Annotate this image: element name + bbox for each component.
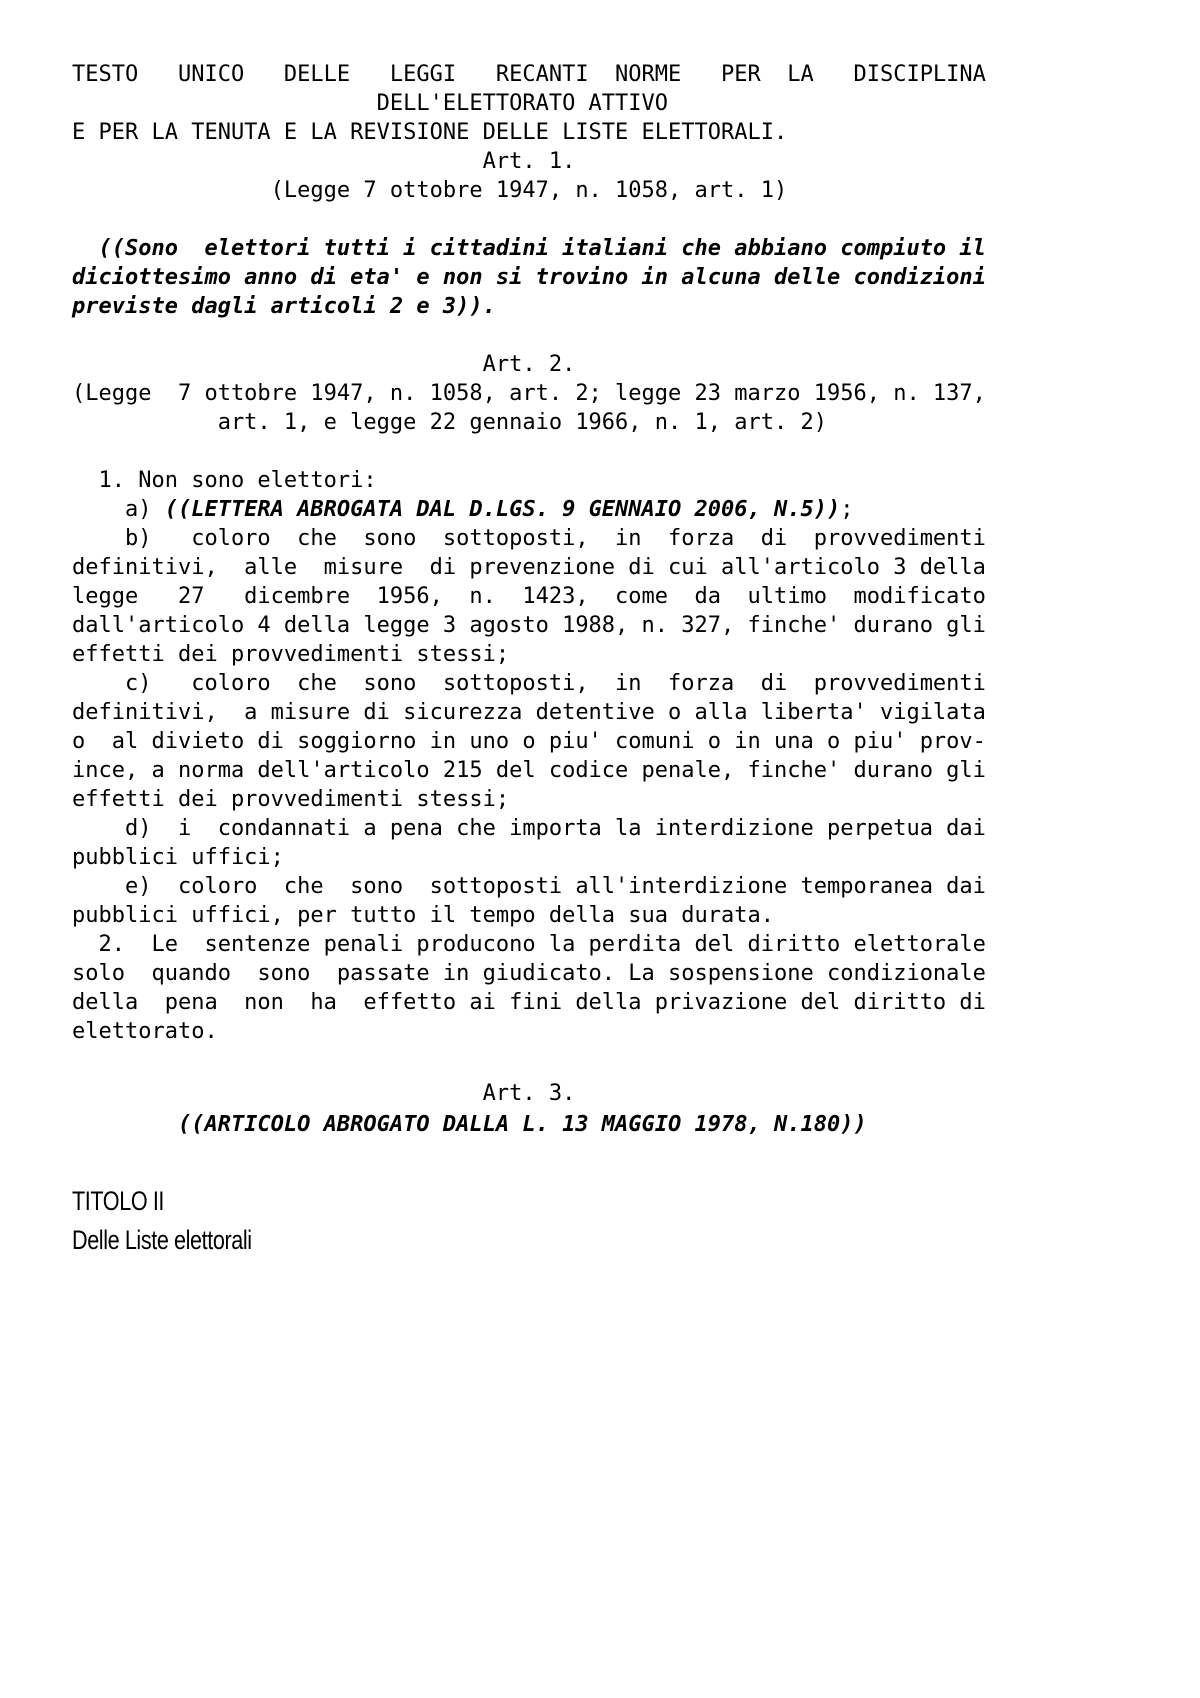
titolo-ii-block: TITOLO II Delle Liste elettorali <box>72 1182 974 1260</box>
document-page: TESTO UNICO DELLE LEGGI RECANTI NORME PE… <box>0 0 1200 1698</box>
title-block: TESTO UNICO DELLE LEGGI RECANTI NORME PE… <box>72 62 986 203</box>
titolo-heading: TITOLO II <box>72 1182 974 1221</box>
titolo-subheading: Delle Liste elettorali <box>72 1221 974 1260</box>
art3-abrogato-text: ((ARTICOLO ABROGATO DALLA L. 13 MAGGIO 1… <box>72 1112 867 1137</box>
law-text-main: TESTO UNICO DELLE LEGGI RECANTI NORME PE… <box>0 0 1200 1046</box>
art3-heading: Art. 3. <box>72 1081 575 1106</box>
art2-comma-body: ; b) coloro che sono sottoposti, in forz… <box>72 497 986 1044</box>
art1-abrogata-text: ((Sono elettori tutti i cittadini italia… <box>72 236 986 319</box>
art3-block: Art. 3. ((ARTICOLO ABROGATO DALLA L. 13 … <box>0 1078 1200 1140</box>
lettera-a-abrogata: ((LETTERA ABROGATA DAL D.LGS. 9 GENNAIO … <box>165 497 841 522</box>
